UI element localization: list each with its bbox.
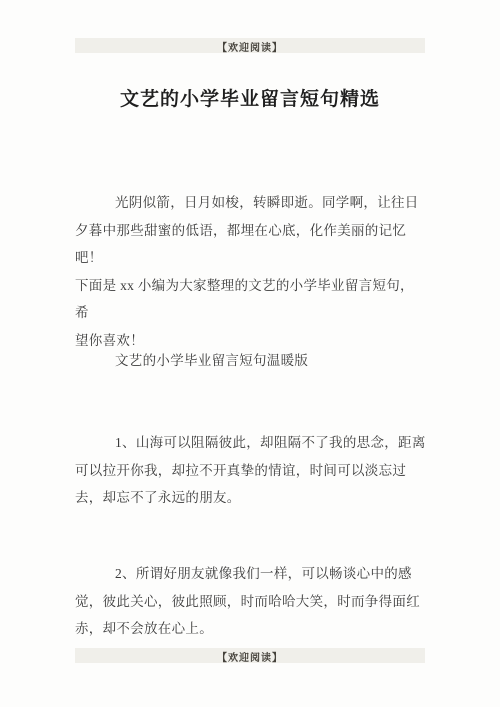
document-page: 【欢迎阅读】 文艺的小学毕业留言短句精选 光阴似箭，日月如梭，转瞬即逝。同学啊，… [0, 0, 500, 707]
intro-paragraph: 光阴似箭，日月如梭，转瞬即逝。同学啊，让往日 夕暮中那些甜蜜的低语，都埋在心底，… [75, 189, 427, 354]
section-heading: 文艺的小学毕业留言短句温暖版 [75, 347, 427, 375]
page-title: 文艺的小学毕业留言短句精选 [0, 84, 500, 111]
header-banner-text: 【欢迎阅读】 [217, 43, 283, 54]
list-item-2: 2、所谓好朋友就像我们一样，可以畅谈心中的感 觉，彼此关心，彼此照顾，时而哈哈大… [75, 560, 427, 643]
header-banner: 【欢迎阅读】 [75, 38, 425, 53]
footer-banner: 【欢迎阅读】 [75, 648, 425, 663]
list-item-1: 1、山海可以阻隔彼此，却阻隔不了我的思念，距离 可以拉开你我，却拉不开真挚的情谊… [75, 429, 427, 512]
footer-banner-text: 【欢迎阅读】 [217, 653, 283, 664]
